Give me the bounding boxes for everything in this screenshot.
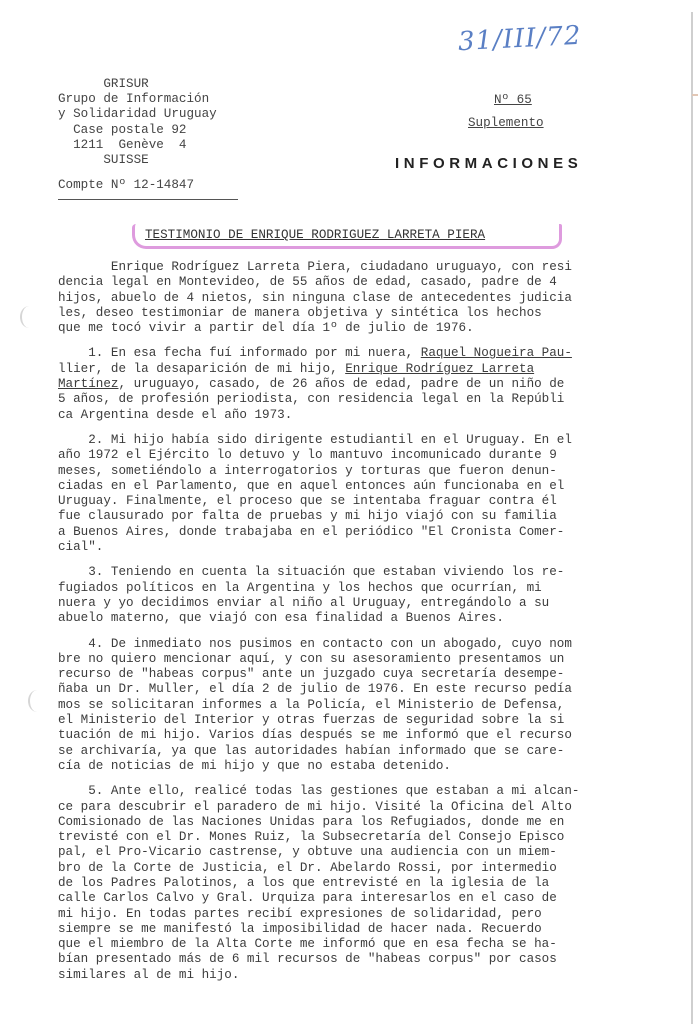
text-line: bían presentado más de 6 mil recursos de… [58,952,648,967]
text-line: 4. De inmediato nos pusimos en contacto … [58,637,648,652]
org-name: GRISUR [58,77,248,92]
text-line: nuera y yo decidimos enviar al niño al U… [58,596,648,611]
document-body: Enrique Rodríguez Larreta Piera, ciudada… [58,260,648,993]
punch-hole-mark [20,306,38,328]
paragraph: 3. Teniendo en cuenta la situación que e… [58,565,648,626]
underlined-name: Martínez [58,377,118,391]
text-line: llier, de la desaparición de mi hijo, En… [58,362,648,377]
text-line: trevisté con el Dr. Mones Ruiz, la Subse… [58,830,648,845]
text-line: el Ministerio del Interior y otras fuerz… [58,713,648,728]
supplement-label: Suplemento [468,116,544,130]
text-line: 1. En esa fecha fuí informado por mi nue… [58,346,648,361]
text-line: ñaba un Dr. Muller, el día 2 de julio de… [58,682,648,697]
text-line: 2. Mi hijo había sido dirigente estudian… [58,433,648,448]
underlined-name: Raquel Nogueira Pau- [421,346,572,360]
paragraph: 2. Mi hijo había sido dirigente estudian… [58,433,648,555]
page-edge-line [691,12,693,1024]
text-line: mi hijo. En todas partes recibí expresio… [58,907,648,922]
text-line: de los Padres Palotinos, a los que entre… [58,876,648,891]
text-line: 5 años, de profesión periodista, con res… [58,392,648,407]
text-line: cía de noticias de mi hijo y que no esta… [58,759,648,774]
text-line: a Buenos Aires, donde trabajaba en el pe… [58,525,648,540]
text-line: Enrique Rodríguez Larreta Piera, ciudada… [58,260,648,275]
underlined-name: Enrique Rodríguez Larreta [345,362,534,376]
issue-number: Nº 65 [494,93,532,107]
org-fullname-line-1: Grupo de Información [58,92,248,107]
text-line: Uruguay. Finalmente, el proceso que se i… [58,494,648,509]
text-line: ca Argentina desde el año 1973. [58,408,648,423]
text-line: Martínez, uruguayo, casado, de 26 años d… [58,377,648,392]
text-line: abuelo materno, que viajó con esa finali… [58,611,648,626]
header-divider [58,199,238,200]
punch-hole-mark [28,690,46,712]
text-line: 3. Teniendo en cuenta la situación que e… [58,565,648,580]
account-number: Compte Nº 12-14847 [58,178,194,192]
text-line: similares al de mi hijo. [58,968,648,983]
text-line: dencia legal en Montevideo, de 55 años d… [58,275,648,290]
org-city: 1211 Genève 4 [58,138,248,153]
text-line: ciadas en el Parlamento, que en aquel en… [58,479,648,494]
text-line: fugiados políticos en la Argentina y los… [58,581,648,596]
org-country: SUISSE [58,153,248,168]
publication-masthead: INFORMACIONES [395,155,582,172]
text-line: año 1972 el Ejército lo detuvo y lo mant… [58,448,648,463]
document-title: TESTIMONIO DE ENRIQUE RODRIGUEZ LARRETA … [145,228,485,242]
handwritten-date: 31/III/72 [457,21,582,57]
text-line: les, deseo testimoniar de manera objetiv… [58,306,648,321]
text-line: siempre se me manifestó la imposibilidad… [58,922,648,937]
paragraph: Enrique Rodríguez Larreta Piera, ciudada… [58,260,648,336]
text-line: calle Carlos Calvo y Gral. Urquiza para … [58,891,648,906]
document-title-block: TESTIMONIO DE ENRIQUE RODRIGUEZ LARRETA … [128,224,560,252]
text-line: bro de la Corte de Justicia, el Dr. Abel… [58,861,648,876]
text-line: mos se solicitaran informes a la Policía… [58,698,648,713]
text-line: bre no quiero mencionar aquí, y con su a… [58,652,648,667]
text-line: 5. Ante ello, realicé todas las gestione… [58,784,648,799]
text-line: tuación de mi hijo. Varios días después … [58,728,648,743]
text-line: pal, el Pro-Vicario castrense, y obtuve … [58,845,648,860]
text-line: fue clausurado por falta de pruebas y mi… [58,509,648,524]
text-line: meses, sometiéndolo a interrogatorios y … [58,464,648,479]
text-line: se archivaría, ya que las autoridades ha… [58,744,648,759]
page-edge-mark [692,94,698,96]
paragraph: 1. En esa fecha fuí informado por mi nue… [58,346,648,422]
text-line: Comisionado de las Naciones Unidas para … [58,815,648,830]
text-line: que me tocó vivir a partir del día 1º de… [58,321,648,336]
text-line: ce para descubrir el paradero de mi hijo… [58,800,648,815]
text-line: cial". [58,540,648,555]
text-line: que el miembro de la Alta Corte me infor… [58,937,648,952]
org-fullname-line-2: y Solidaridad Uruguay [58,107,248,122]
sender-address-block: GRISUR Grupo de Información y Solidarida… [58,77,248,168]
text-line: hijos, abuelo de 4 nietos, sin ninguna c… [58,291,648,306]
org-postbox: Case postale 92 [58,123,248,138]
paragraph: 4. De inmediato nos pusimos en contacto … [58,637,648,775]
text-line: recurso de "habeas corpus" ante un juzga… [58,667,648,682]
paragraph: 5. Ante ello, realicé todas las gestione… [58,784,648,983]
